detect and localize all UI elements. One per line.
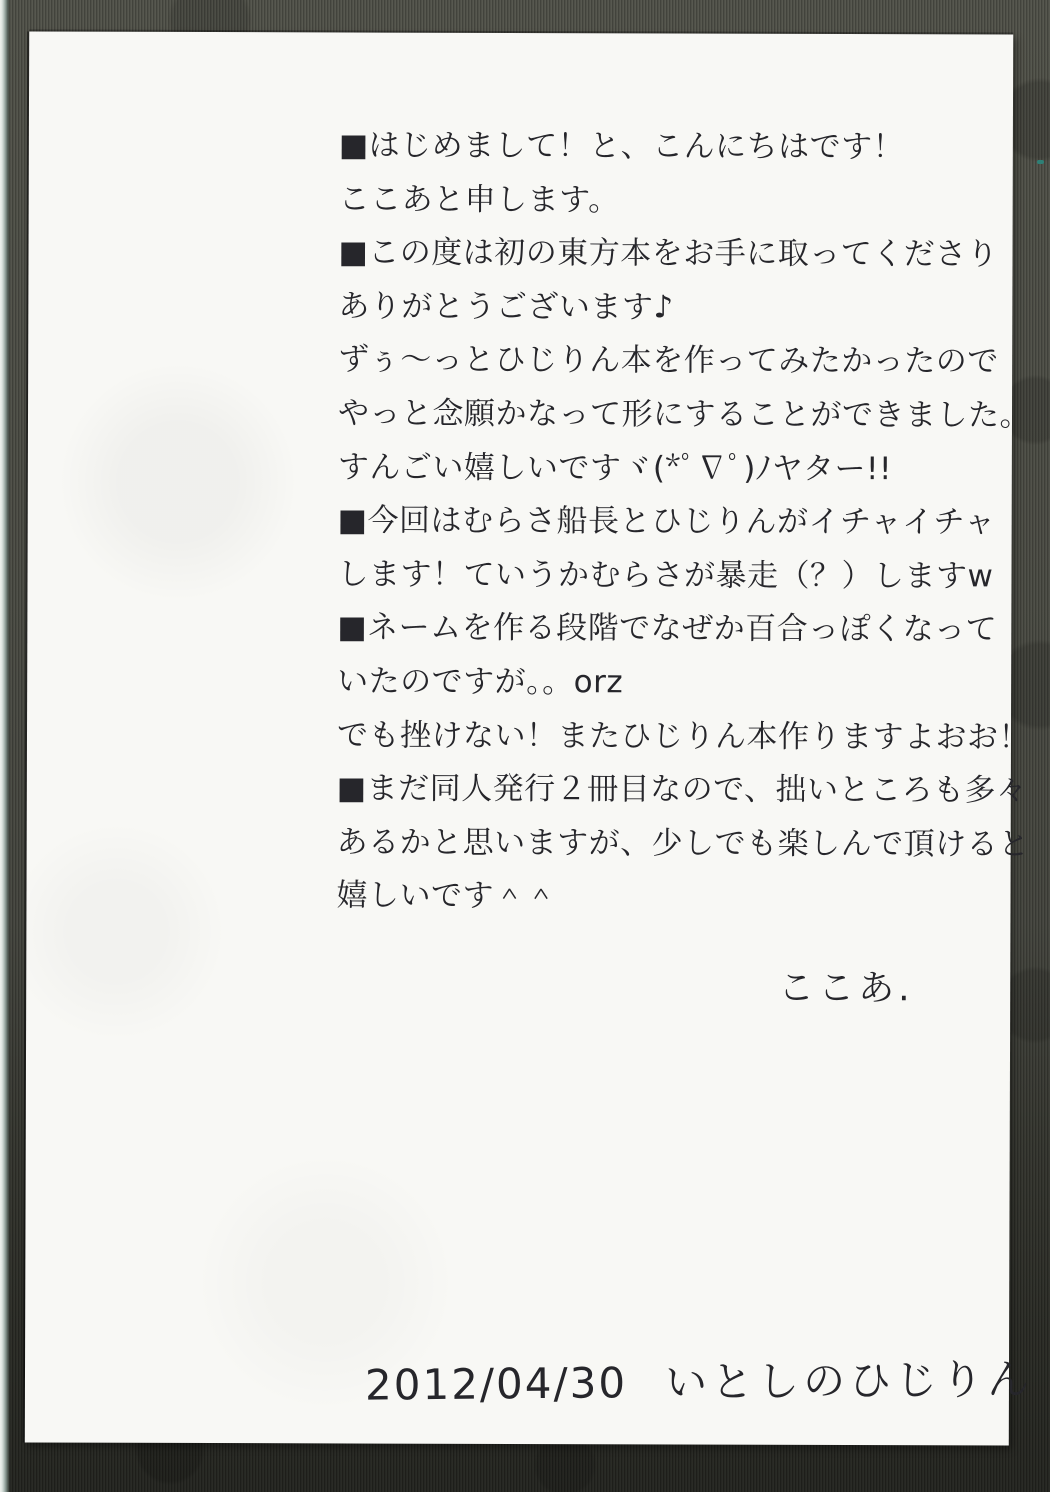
book-title: いとしのひじりん — [665, 1355, 1033, 1407]
scanner-artifact-speck — [1037, 160, 1044, 164]
afterword-line: します！ていうかむらさが暴走（？）しますw — [337, 548, 997, 604]
afterword-line: ずぅ～っとひじりん本を作ってみたかったので — [338, 334, 998, 390]
afterword-text: ■はじめまして！と、こんにちはです！ ここあと申します。 ■この度は初の東方本を… — [336, 119, 999, 925]
afterword-line: あるかと思いますが、少しでも楽しんで頂けると — [337, 816, 997, 872]
afterword-line: でも挫けない！またひじりん本作りますよおお！ — [337, 709, 997, 765]
afterword-line: 嬉しいです＾＾ — [336, 870, 996, 926]
publication-date: 2012/04/30 — [365, 1358, 628, 1409]
afterword-line: いたのですが。。orz — [337, 655, 997, 711]
afterword-line: ■まだ同人発行２冊目なので、拙いところも多々 — [337, 763, 997, 819]
afterword-line: ■今回はむらさ船長とひじりんがイチャイチャ — [338, 495, 998, 551]
scanner-edge-strip — [0, 0, 10, 1492]
paper-sheet: ■はじめまして！と、こんにちはです！ ここあと申します。 ■この度は初の東方本を… — [25, 31, 1013, 1445]
author-signature: ここあ. — [778, 960, 914, 1011]
afterword-line: ■はじめまして！と、こんにちはです！ — [339, 119, 999, 175]
date-line: 2012/04/30いとしのひじりん — [365, 1347, 1034, 1413]
afterword-line: ありがとうございます♪ — [338, 280, 998, 336]
afterword-line: ここあと申します。 — [339, 173, 999, 229]
afterword-line: ■この度は初の東方本をお手に取ってくださり — [338, 227, 998, 283]
afterword-line: すんごい嬉しいですヾ(*ﾟ∇ﾟ)ﾉヤター!! — [338, 441, 998, 497]
afterword-line: ■ネームを作る段階でなぜか百合っぽくなって — [337, 602, 997, 658]
afterword-line: やっと念願かなって形にすることができました。 — [338, 387, 998, 443]
